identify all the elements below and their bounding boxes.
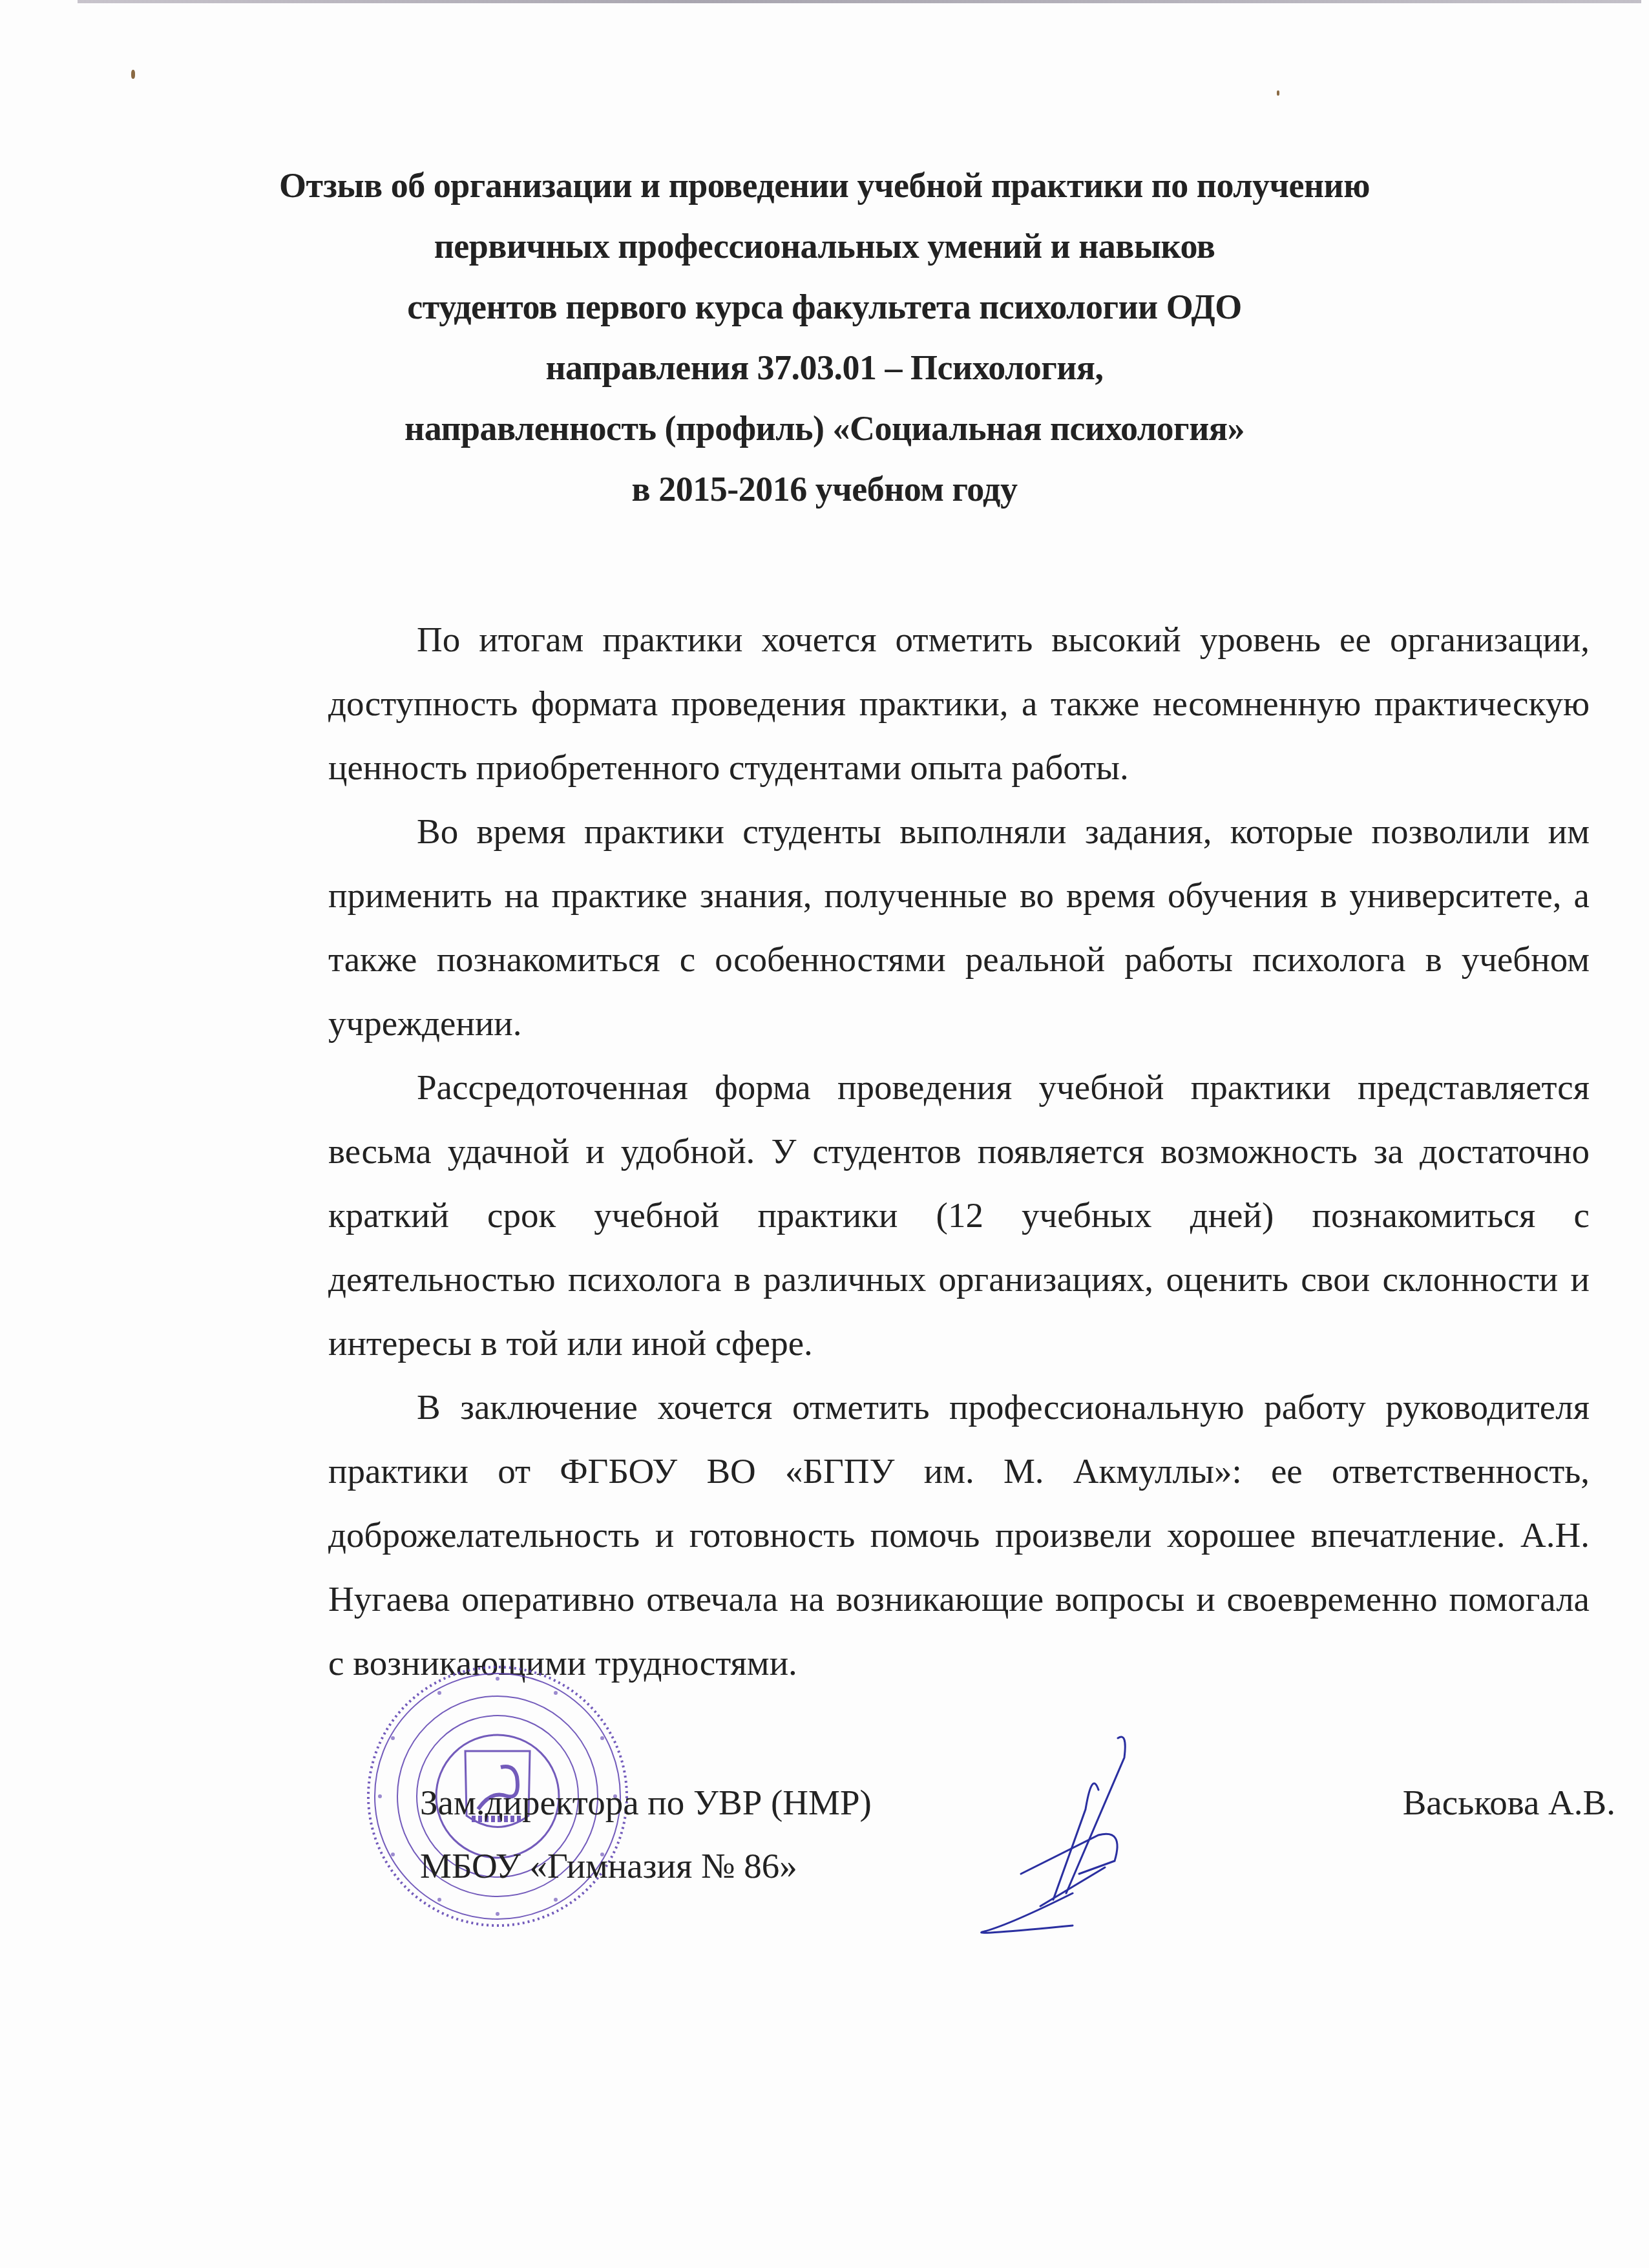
dust-speck — [131, 70, 135, 79]
paragraph: Во время практики студенты выполняли зад… — [328, 799, 1590, 1055]
scan-edge — [78, 0, 1641, 3]
document-page: Отзыв об организации и проведении учебно… — [0, 0, 1649, 2268]
dust-speck — [1277, 90, 1279, 96]
paragraph: По итогам практики хочется отметить высо… — [328, 607, 1590, 799]
title-line: направления 37.03.01 – Психология, — [194, 337, 1455, 398]
signatory-organization: МБОУ «Гимназия № 86» — [420, 1843, 797, 1889]
title-line: направленность (профиль) «Социальная пси… — [194, 398, 1455, 459]
signatory-name: Васькова А.В. — [1403, 1780, 1615, 1825]
paragraph: В заключение хочется отметить профессион… — [328, 1375, 1590, 1695]
title-line: студентов первого курса факультета психо… — [194, 277, 1455, 337]
paragraph: Рассредоточенная форма проведения учебно… — [328, 1055, 1590, 1375]
signatory-position: Зам.директора по УВР (НМР) — [420, 1780, 872, 1825]
document-title: Отзыв об организации и проведении учебно… — [194, 155, 1455, 520]
signature-block: Зам.директора по УВР (НМР) МБОУ «Гимнази… — [420, 1780, 1615, 1909]
title-line: в 2015-2016 учебном году — [194, 459, 1455, 520]
title-line: первичных профессиональных умений и навы… — [194, 216, 1455, 277]
document-body: По итогам практики хочется отметить высо… — [328, 607, 1590, 1695]
title-line: Отзыв об организации и проведении учебно… — [194, 155, 1455, 216]
